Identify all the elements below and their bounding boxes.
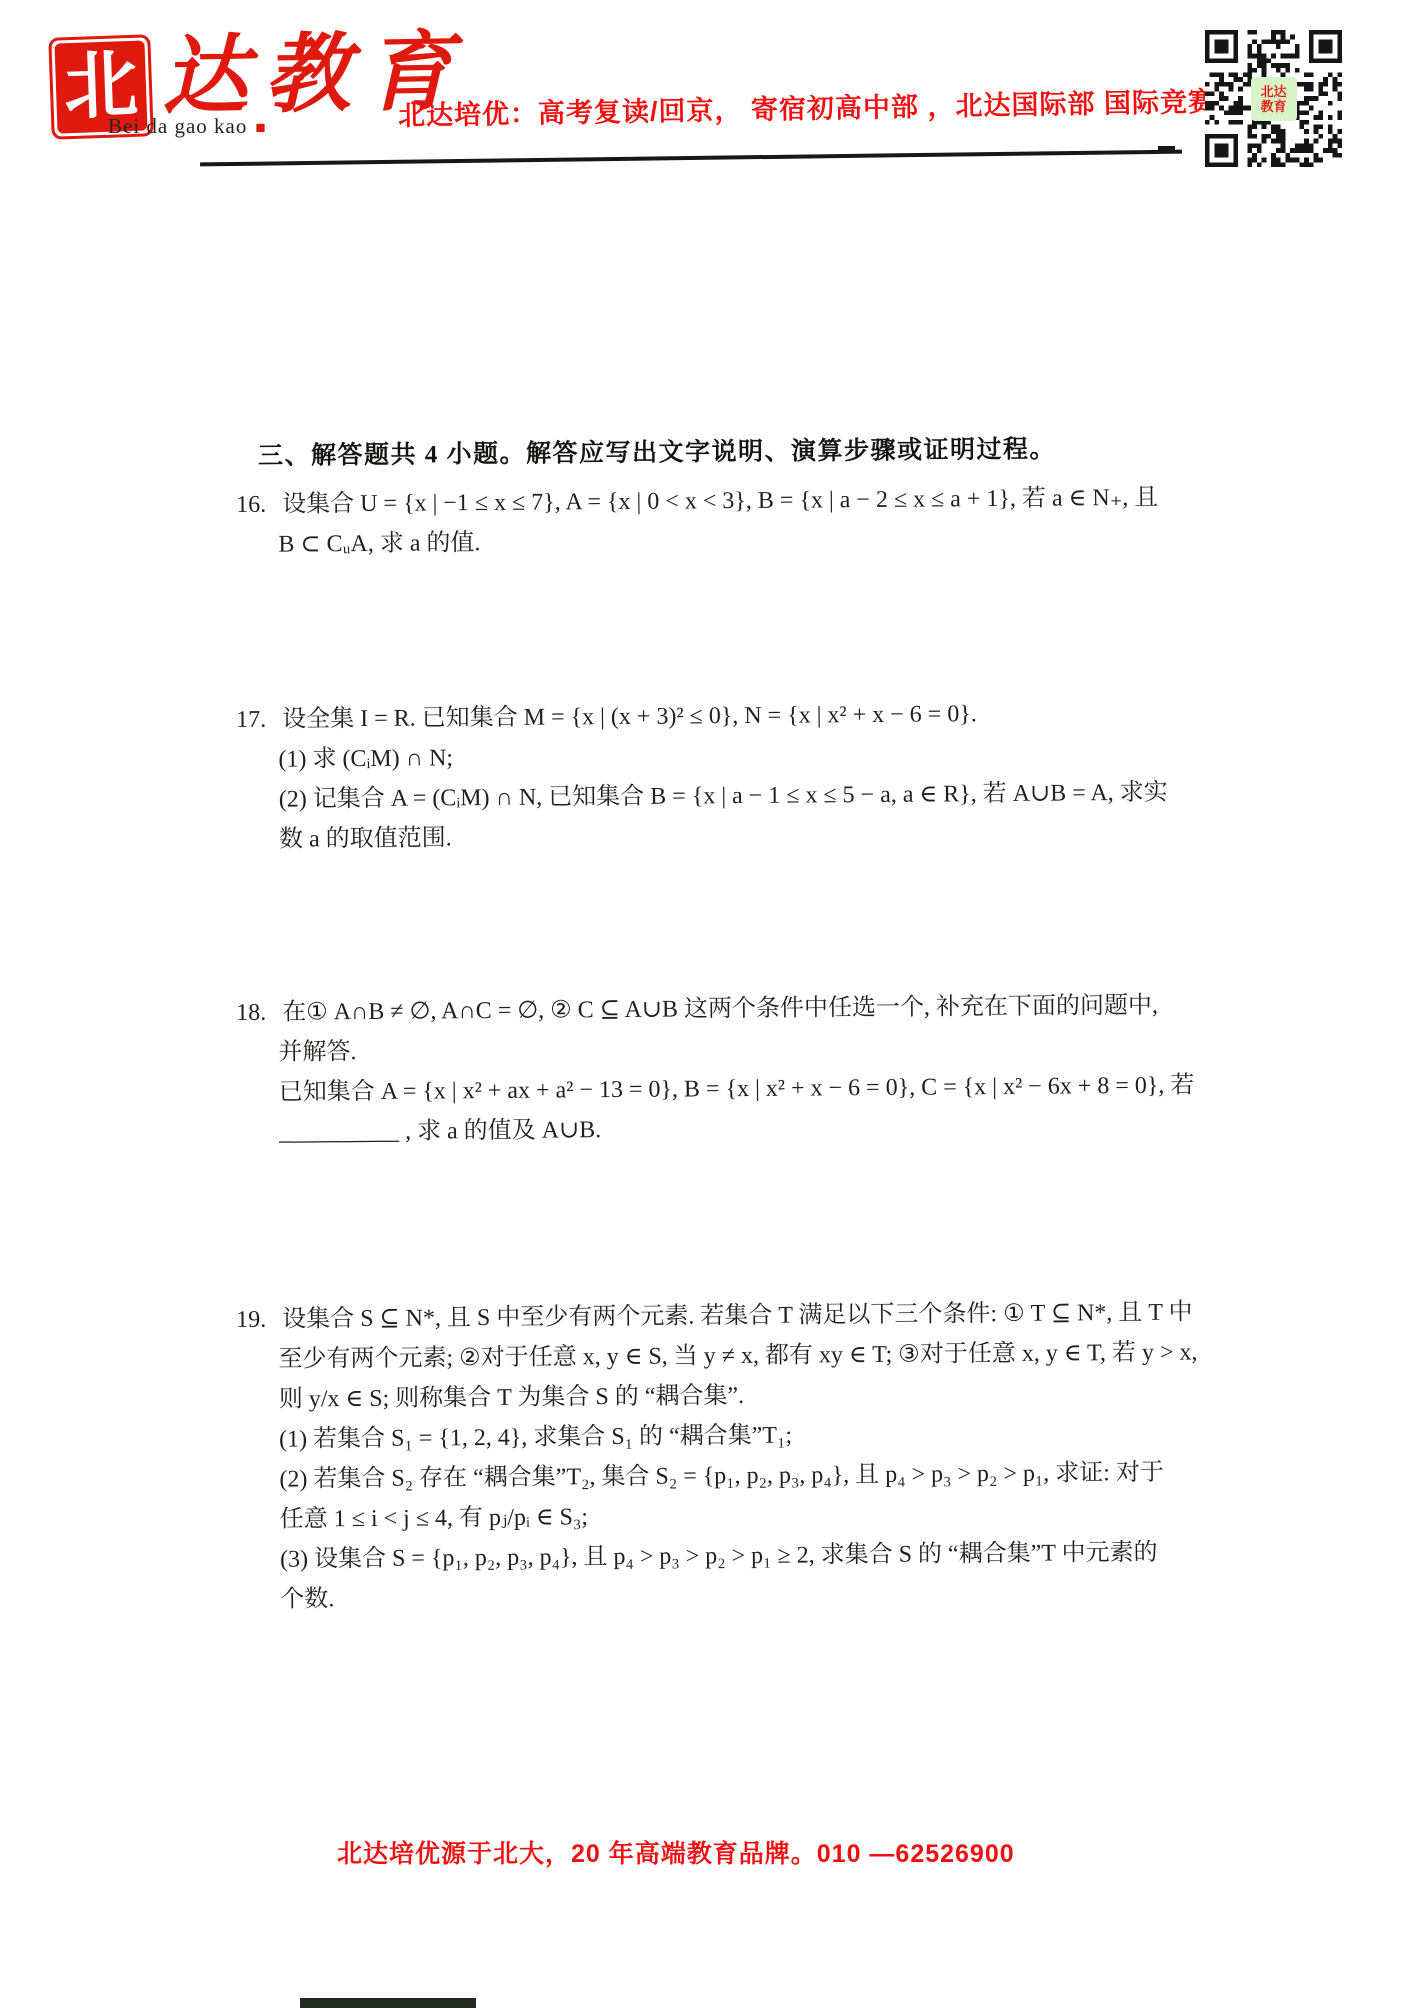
problem-line: 数 a 的取值范围.	[237, 813, 1168, 860]
footer-note: 北达培优源于北大，20 年高端教育品牌。010 —62526900	[337, 1834, 1015, 1870]
problem-line: 16.设集合 U = {x | −1 ≤ x ≤ 7}, A = {x | 0 …	[236, 478, 1159, 525]
qr-label-line2: 教育	[1260, 99, 1286, 114]
header-rule	[200, 150, 1182, 166]
problem-block: 18.在① A∩B ≠ ∅, A∩C = ∅, ② C ⊆ A∪B 这两个条件中…	[236, 985, 1195, 1153]
brand-subtitle: Bei da gao kao■	[108, 114, 267, 139]
scanned-exam-page: 北 达教育 Bei da gao kao■ 北达培优：高考复读/回京， 寄宿初高…	[0, 0, 1417, 2008]
problem-block: 19.设集合 S ⊆ N*, 且 S 中至少有两个元素. 若集合 T 满足以下三…	[236, 1292, 1200, 1620]
qr-center-label: 北达 教育	[1251, 77, 1297, 121]
qr-code: 北达 教育	[1205, 30, 1342, 167]
problem-line: 已知集合 A = {x | x² + ax + a² − 13 = 0}, B …	[237, 1065, 1195, 1113]
bottom-scan-bar	[300, 1998, 476, 2008]
problem-line: 18.在① A∩B ≠ ∅, A∩C = ∅, ② C ⊆ A∪B 这两个条件中…	[236, 985, 1194, 1033]
problem-line: (3) 设集合 S = {p₁, p₂, p₃, p₄}, 且 p₄ > p₃ …	[238, 1532, 1199, 1580]
problem-line-text: 在① A∩B ≠ ∅, A∩C = ∅, ② C ⊆ A∪B 这两个条件中任选一…	[282, 993, 1158, 1026]
problem-number: 16.	[236, 485, 276, 525]
brand-subtitle-text: Bei da gao kao	[108, 114, 247, 138]
problem-line-text: 设集合 S ⊆ N*, 且 S 中至少有两个元素. 若集合 T 满足以下三个条件…	[282, 1299, 1193, 1332]
problem-line: B ⊂ CᵤA, 求 a 的值.	[236, 518, 1159, 565]
section-heading: 三、解答题共 4 小题。解答应写出文字说明、演算步骤或证明过程。	[258, 429, 1056, 472]
tick-mark	[1158, 146, 1175, 150]
red-square-icon: ■	[255, 118, 266, 137]
problem-number: 18.	[236, 993, 276, 1033]
problem-line: __________ , 求 a 的值及 A∪B.	[237, 1105, 1195, 1153]
problem-number: 17.	[236, 700, 276, 740]
problem-line: (2) 记集合 A = (CᵢM) ∩ N, 已知集合 B = {x | a −…	[237, 773, 1168, 820]
problem-block: 16.设集合 U = {x | −1 ≤ x ≤ 7}, A = {x | 0 …	[236, 478, 1159, 565]
problem-line-text: 设集合 U = {x | −1 ≤ x ≤ 7}, A = {x | 0 < x…	[282, 485, 1158, 518]
problem-line: 至少有两个元素; ②对于任意 x, y ∈ S, 当 y ≠ x, 都有 xy …	[236, 1332, 1197, 1380]
problem-number: 19.	[236, 1300, 276, 1340]
problem-line-text: 设全集 I = R. 已知集合 M = {x | (x + 3)² ≤ 0}, …	[282, 701, 977, 732]
problem-block: 17.设全集 I = R. 已知集合 M = {x | (x + 3)² ≤ 0…	[236, 693, 1168, 860]
qr-label-line1: 北达	[1260, 84, 1286, 99]
problem-line: (2) 若集合 S₂ 存在 “耦合集”T₂, 集合 S₂ = {p₁, p₂, …	[237, 1452, 1198, 1500]
problem-line: 个数.	[238, 1572, 1199, 1620]
